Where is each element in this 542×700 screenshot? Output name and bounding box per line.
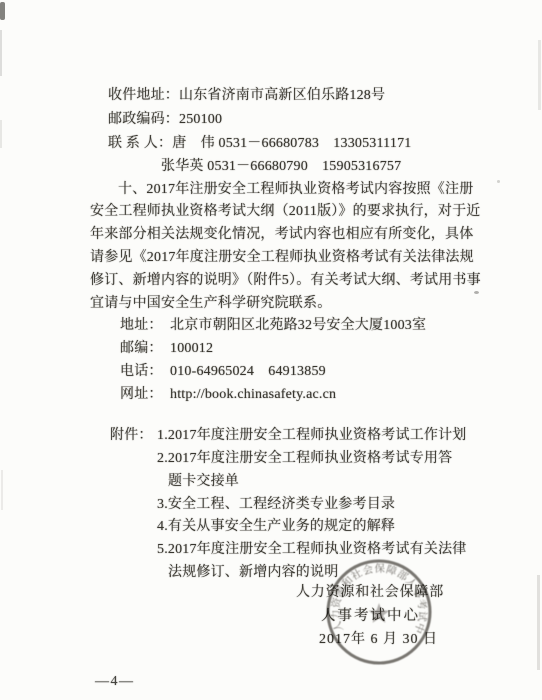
- institute-phone-label: 电话：: [120, 364, 170, 380]
- scan-noise-mark: [0, 2, 5, 20]
- institute-address-value: 北京市朝阳区北苑路32号安全大厦1003室: [170, 318, 426, 333]
- postal-code-label: 邮政编码：: [108, 112, 179, 127]
- issue-date: 2017年 6 月 30 日: [319, 632, 438, 648]
- attachment-item-2: 2.2017年度注册安全工程师执业资格考试专用答: [157, 451, 452, 467]
- issuer-organization: 人力资源和社会保障部: [296, 585, 444, 601]
- issuer-department: 人事考试中心: [321, 608, 420, 624]
- scan-noise-mark: [0, 30, 2, 76]
- scan-noise-mark: [0, 120, 2, 148]
- attachments-label: 附件：: [110, 428, 153, 444]
- contact-person-line-2: 张华英 0531－66680790 15905316757: [161, 159, 401, 175]
- postal-code-line: 邮政编码：250100: [108, 112, 222, 128]
- section-ten-line-2: 安全工程师执业资格考试大纲（2011版）》的要求执行，对于近: [90, 204, 480, 220]
- scan-noise-mark: [474, 291, 479, 294]
- attachment-item-4: 4.有关从事安全生产业务的规定的解释: [157, 519, 395, 535]
- scan-noise-mark: [1, 470, 3, 510]
- contact-person-label: 联 系 人：: [108, 136, 172, 151]
- section-ten-line-5: 修订、新增内容的说明》（附件5）。有关考试大纲、考试用书事: [90, 273, 481, 289]
- section-ten-line-3: 年来部分相关法规变化情况，考试内容也相应有所变化，具体: [90, 227, 473, 243]
- document-page: 收件地址：山东省济南市高新区伯乐路128号 邮政编码：250100 联 系 人：…: [0, 0, 542, 700]
- recipient-address-line: 收件地址：山东省济南市高新区伯乐路128号: [108, 88, 385, 104]
- attachment-item-1: 1.2017年度注册安全工程师执业资格考试工作计划: [157, 428, 467, 444]
- institute-phone-value: 010-64965024 64913859: [170, 364, 326, 379]
- attachment-item-5: 5.2017年度注册安全工程师执业资格考试有关法律: [157, 542, 467, 558]
- recipient-address-value: 山东省济南市高新区伯乐路128号: [179, 88, 385, 103]
- page-number: —4—: [95, 674, 135, 690]
- postal-code-value: 250100: [179, 112, 222, 127]
- institute-postcode-label: 邮编：: [120, 341, 170, 357]
- institute-website-label: 网址：: [120, 387, 170, 403]
- contact-person-2-value: 张华英 0531－66680790 15905316757: [161, 159, 401, 174]
- section-ten-line-6: 宜请与中国安全生产科学研究院联系。: [90, 296, 331, 312]
- institute-website-url: http://book.chinasafety.ac.cn: [170, 387, 336, 402]
- institute-postcode-line: 邮编：100012: [120, 341, 213, 357]
- institute-phone-line: 电话：010-64965024 64913859: [120, 364, 326, 380]
- attachment-item-5-continued: 法规修订、新增内容的说明: [168, 565, 338, 581]
- institute-address-line: 地址：北京市朝阳区北苑路32号安全大厦1003室: [120, 318, 426, 334]
- scan-noise-mark: [538, 40, 541, 110]
- attachment-item-3: 3.安全工程、工程经济类专业参考目录: [157, 497, 395, 513]
- contact-person-line-1: 联 系 人：唐 伟 0531－66680783 13305311171: [108, 136, 411, 152]
- institute-postcode-value: 100012: [170, 341, 213, 356]
- attachment-item-2-continued: 题卡交接单: [168, 474, 239, 490]
- scan-noise-mark: [537, 575, 540, 670]
- contact-person-1-value: 唐 伟 0531－66680783 13305311171: [172, 136, 411, 151]
- institute-address-label: 地址：: [120, 318, 170, 334]
- section-ten-line-1: 十、2017年注册安全工程师执业资格考试内容按照《注册: [90, 182, 473, 198]
- recipient-address-label: 收件地址：: [108, 88, 179, 103]
- institute-website-line: 网址：http://book.chinasafety.ac.cn: [120, 387, 336, 403]
- scan-noise-mark: [497, 180, 500, 183]
- section-ten-line-4: 请参见《2017年度注册安全工程师执业资格考试有关法律法规: [90, 250, 474, 266]
